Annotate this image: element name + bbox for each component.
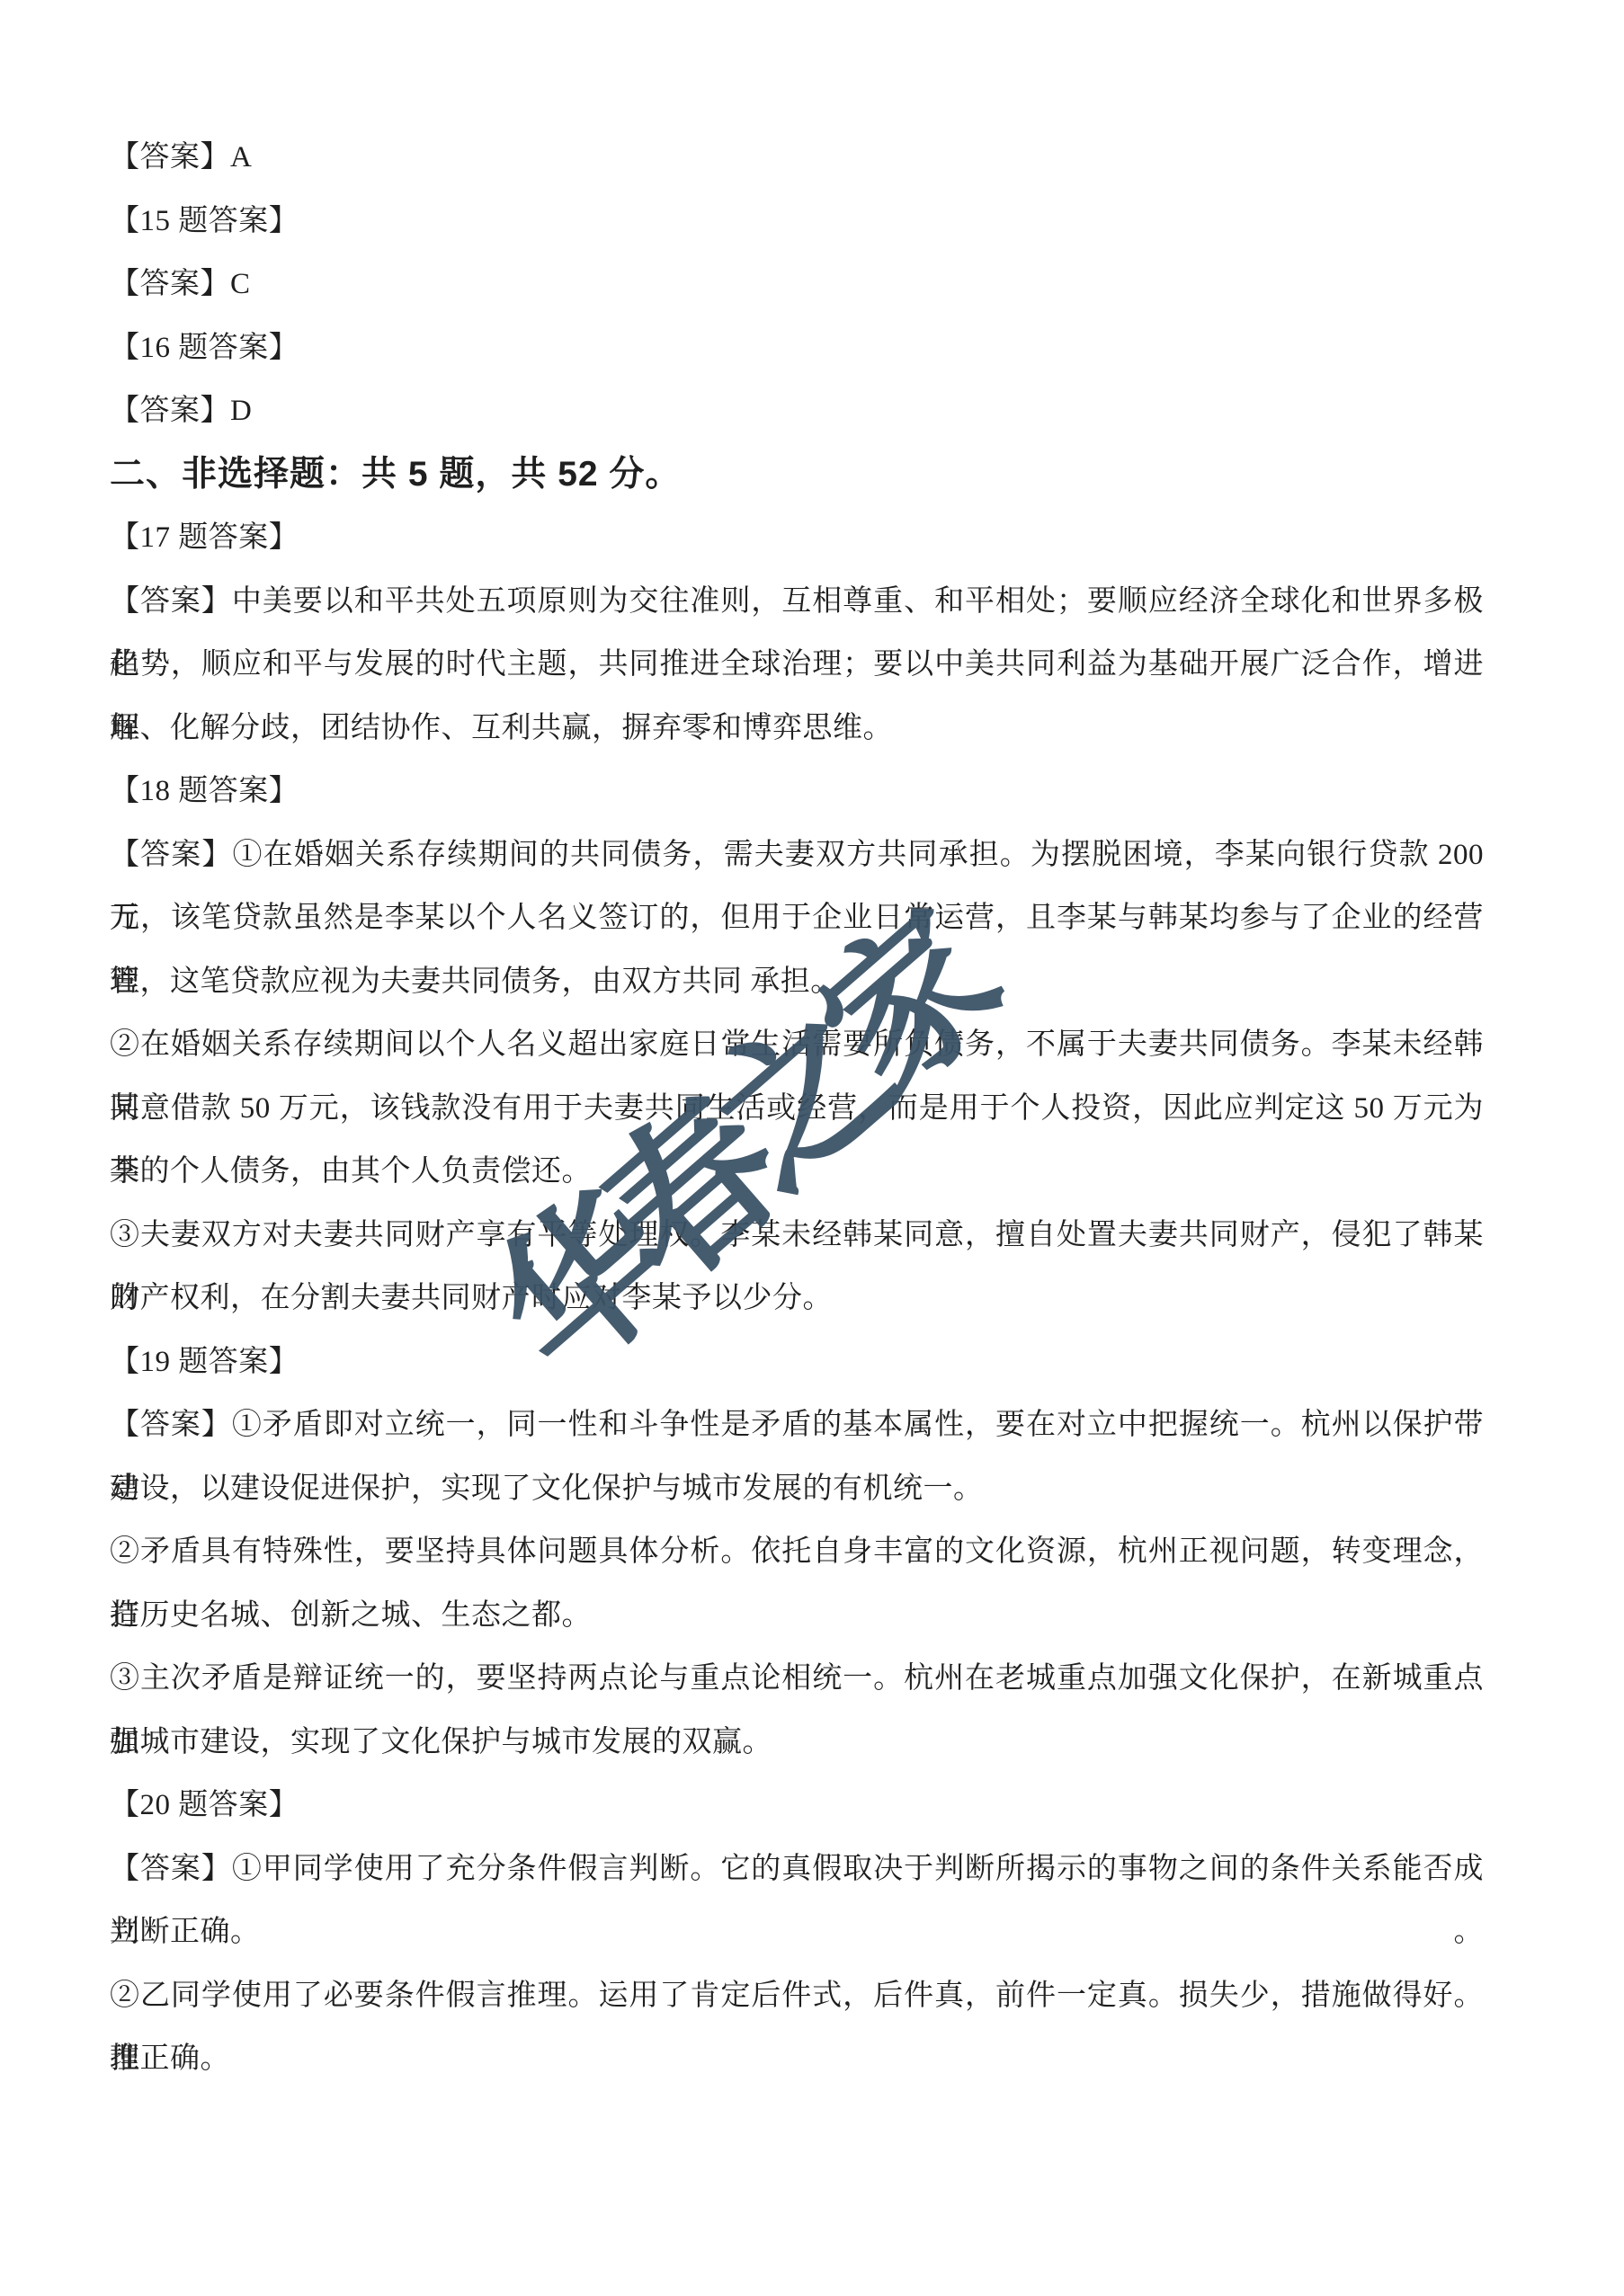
text-line: 造历史名城、创新之城、生态之都。 bbox=[110, 1584, 1484, 1648]
text-line: 【18 题答案】 bbox=[110, 760, 1484, 823]
text-line: 【答案】①在婚姻关系存续期间的共同债务，需夫妻双方共同承担。为摆脱困境，李某向银… bbox=[110, 823, 1484, 887]
text-line: ②乙同学使用了必要条件假言推理。运用了肯定后件式，后件真，前件一定真。损失少，措… bbox=[110, 1964, 1484, 2028]
text-line: 【答案】A bbox=[110, 126, 1484, 190]
text-line: 【答案】D bbox=[110, 379, 1484, 443]
text-line: 【答案】①矛盾即对立统一，同一性和斗争性是矛盾的基本属性，要在对立中把握统一。杭… bbox=[110, 1393, 1484, 1457]
text-line: 【19 题答案】 bbox=[110, 1330, 1484, 1394]
text-line: 【答案】①甲同学使用了充分条件假言判断。它的真假取决于判断所揭示的事物之间的条件… bbox=[110, 1838, 1484, 1901]
text-line: 【答案】C bbox=[110, 253, 1484, 316]
text-line: 解、化解分歧，团结协作、互利共赢，摒弃零和博弈思维。 bbox=[110, 697, 1484, 761]
section-heading: 二、非选择题：共 5 题，共 52 分。 bbox=[110, 443, 1484, 507]
text-line: ②矛盾具有特殊性，要坚持具体问题具体分析。依托自身丰富的文化资源，杭州正视问题，… bbox=[110, 1520, 1484, 1584]
text-line: 理正确。 bbox=[110, 2027, 1484, 2091]
text-line: 【16 题答案】 bbox=[110, 316, 1484, 380]
text-line: 【15 题答案】 bbox=[110, 190, 1484, 254]
text-line: 强城市建设，实现了文化保护与城市发展的双赢。 bbox=[110, 1711, 1484, 1775]
document-body: 【答案】A【15 题答案】【答案】C【16 题答案】【答案】D二、非选择题：共 … bbox=[110, 126, 1484, 2091]
text-line: ③主次矛盾是辩证统一的，要坚持两点论与重点论相统一。杭州在老城重点加强文化保护，… bbox=[110, 1647, 1484, 1711]
text-line: 【17 题答案】 bbox=[110, 506, 1484, 570]
text-line: 财产权利，在分割夫妻共同财产时应对李某予以少分。 bbox=[110, 1267, 1484, 1330]
text-line: 某的个人债务，由其个人负责偿还。 bbox=[110, 1140, 1484, 1204]
text-line: 【20 题答案】 bbox=[110, 1774, 1484, 1838]
text-line: ②在婚姻关系存续期间以个人名义超出家庭日常生活需要所负债务，不属于夫妻共同债务。… bbox=[110, 1013, 1484, 1077]
text-line: 元，该笔贷款虽然是李某以个人名义签订的，但用于企业日常运营，且李某与韩某均参与了… bbox=[110, 886, 1484, 950]
text-line: 【答案】中美要以和平共处五项原则为交往准则，互相尊重、和平相处；要顺应经济全球化… bbox=[110, 570, 1484, 634]
document-page: 【答案】A【15 题答案】【答案】C【16 题答案】【答案】D二、非选择题：共 … bbox=[0, 0, 1624, 2296]
text-line: 同意借款 50 万元，该钱款没有用于夫妻共同生活或经营，而是用于个人投资，因此应… bbox=[110, 1077, 1484, 1141]
text-line: 建设，以建设促进保护，实现了文化保护与城市发展的有机统一。 bbox=[110, 1457, 1484, 1521]
text-line: 理，这笔贷款应视为夫妻共同债务，由双方共同 承担。 bbox=[110, 950, 1484, 1014]
text-line: 趋势，顺应和平与发展的时代主题，共同推进全球治理；要以中美共同利益为基础开展广泛… bbox=[110, 633, 1484, 697]
text-line: ③夫妻双方对夫妻共同财产享有平等处理权。李某未经韩某同意，擅自处置夫妻共同财产，… bbox=[110, 1204, 1484, 1268]
